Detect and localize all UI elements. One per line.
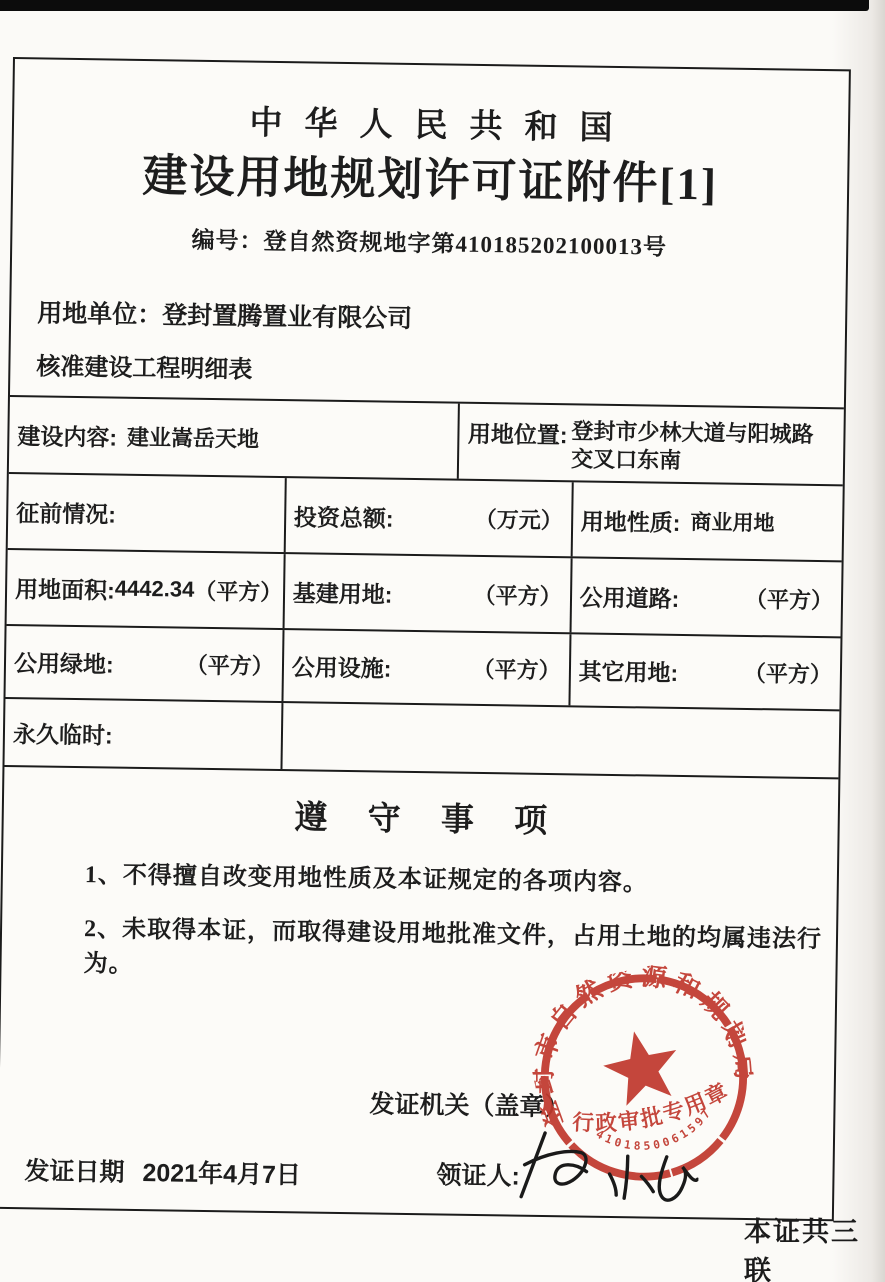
empty-cell xyxy=(282,703,839,777)
land-user-value: 登封置腾置业有限公司 xyxy=(162,301,412,333)
recipient-label: 领证人: xyxy=(436,1155,520,1192)
land-nature-value: 商业用地 xyxy=(690,506,774,537)
permanent-temporary-cell: 永久临时: xyxy=(4,699,283,769)
table-row: 永久临时: xyxy=(4,697,839,777)
land-area-unit: （平方） xyxy=(194,574,282,606)
land-location-value: 登封市少林大道与阳城路交叉口东南 xyxy=(571,417,836,476)
compliance-section: 遵 守 事 项 1、不得擅自改变用地性质及本证规定的各项内容。 2、未取得本证，… xyxy=(0,765,838,1223)
other-land-cell: 其它用地: （平方） xyxy=(570,634,840,709)
pre-acquisition-label: 征前情况: xyxy=(16,495,116,529)
other-land-label: 其它用地: xyxy=(578,653,678,687)
serial-number-line: 编号：登自然资规地字第410185202100013号 xyxy=(12,219,846,264)
infrastructure-land-label: 基建用地: xyxy=(293,575,393,609)
other-land-unit: （平方） xyxy=(744,657,832,689)
details-table: 建设内容: 建业嵩岳天地 用地位置: 登封市少林大道与阳城路交叉口东南 征前情况… xyxy=(0,395,844,1223)
land-area-label: 用地面积: xyxy=(15,571,115,605)
detail-table-title: 核准建设工程明细表 xyxy=(36,346,252,384)
permit-document: 中华人民共和国 建设用地规划许可证附件[1] 编号：登自然资规地字第410185… xyxy=(0,57,851,1221)
public-green-unit: （平方） xyxy=(185,649,273,681)
pre-acquisition-cell: 征前情况: xyxy=(8,474,287,552)
scanned-permit-page: { "document": { "header": { "country": "… xyxy=(0,0,885,1282)
scan-artifact-bar xyxy=(0,0,869,11)
compliance-title: 遵 守 事 项 xyxy=(3,787,838,846)
issue-date-label: 发证日期 xyxy=(24,1157,124,1186)
land-area-value: 4442.34 xyxy=(115,576,195,603)
compliance-item: 1、不得擅自改变用地性质及本证规定的各项内容。 xyxy=(85,854,648,897)
table-row: 征前情况: 投资总额: （万元） 用地性质: 商业用地 xyxy=(8,472,843,560)
seal-star-icon xyxy=(598,1024,686,1109)
land-area-cell: 用地面积: 4442.34（平方） xyxy=(7,550,286,628)
construction-content-value: 建业嵩岳天地 xyxy=(127,421,259,454)
issue-date-value: 2021年4月7日 xyxy=(142,1159,301,1189)
land-user-line: 用地单位：登封置腾置业有限公司 xyxy=(37,293,413,335)
public-green-cell: 公用绿地: （平方） xyxy=(6,626,285,701)
land-location-cell: 用地位置: 登封市少林大道与阳城路交叉口东南 xyxy=(459,404,844,485)
land-user-label: 用地单位： xyxy=(37,299,162,329)
public-road-unit: （平方） xyxy=(745,582,833,614)
public-facility-label: 公用设施: xyxy=(291,649,391,683)
infrastructure-land-cell: 基建用地: （平方） xyxy=(284,554,572,632)
serial-label: 编号： xyxy=(191,228,263,254)
construction-content-cell: 建设内容: 建业嵩岳天地 xyxy=(9,397,460,479)
serial-number: 登自然资规地字第410185202100013号 xyxy=(263,229,667,260)
infrastructure-land-unit: （平方） xyxy=(473,578,561,610)
document-title: 建设用地规划许可证附件[1] xyxy=(13,137,848,214)
table-row: 公用绿地: （平方） 公用设施: （平方） 其它用地: （平方） xyxy=(6,624,841,709)
public-facility-cell: 公用设施: （平方） xyxy=(283,630,571,705)
public-facility-unit: （平方） xyxy=(472,653,560,685)
total-investment-cell: 投资总额: （万元） xyxy=(285,478,573,556)
land-nature-label: 用地性质: xyxy=(581,503,681,537)
land-location-label: 用地位置: xyxy=(468,416,568,450)
total-investment-label: 投资总额: xyxy=(294,499,394,533)
permanent-temporary-label: 永久临时: xyxy=(13,716,113,750)
recipient-signature xyxy=(514,1127,699,1218)
construction-content-label: 建设内容: xyxy=(17,418,117,452)
public-green-label: 公用绿地: xyxy=(14,645,114,679)
total-investment-unit: （万元） xyxy=(475,502,563,534)
land-nature-cell: 用地性质: 商业用地 xyxy=(572,482,842,560)
table-row: 建设内容: 建业嵩岳天地 用地位置: 登封市少林大道与阳城路交叉口东南 xyxy=(9,395,844,484)
public-road-cell: 公用道路: （平方） xyxy=(571,558,841,636)
issue-date-line: 发证日期2021年4月7日 xyxy=(24,1151,301,1191)
copies-note: 本证共三联 xyxy=(744,1210,885,1282)
table-row: 用地面积: 4442.34（平方） 基建用地: （平方） 公用道路: （平方） xyxy=(7,548,842,636)
public-road-label: 公用道路: xyxy=(579,579,679,613)
